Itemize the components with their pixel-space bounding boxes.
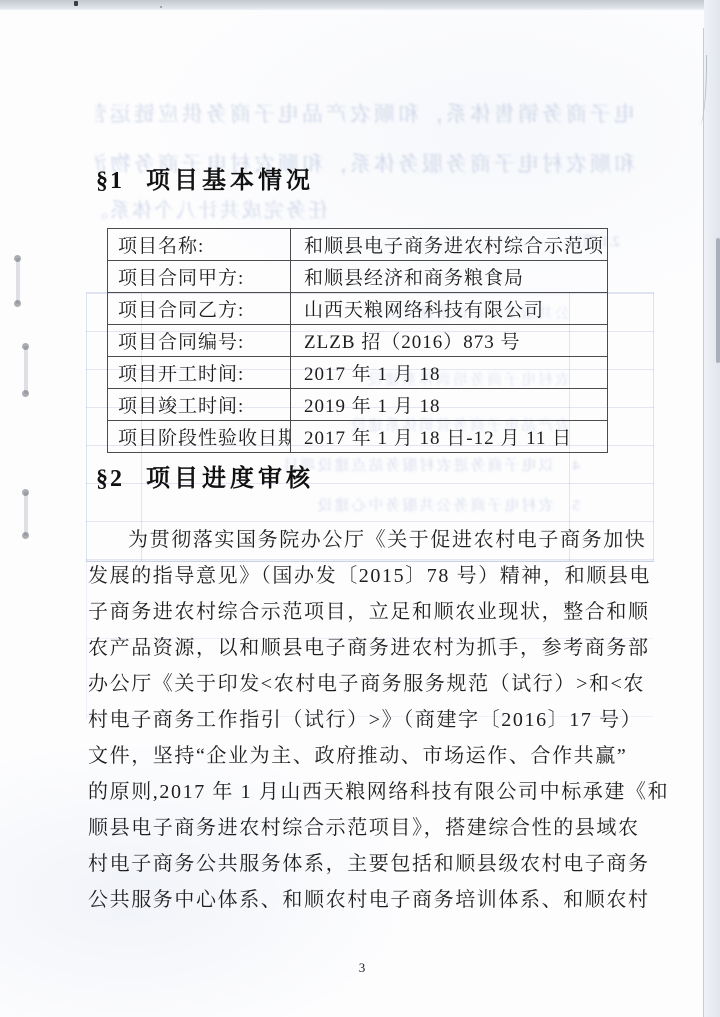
- row-label: 项目开工时间:: [108, 357, 291, 389]
- section-2-title: 项目进度审核: [146, 458, 314, 493]
- body-paragraph: 为贯彻落实国务院办公厅《关于促进农村电子商务加快 发展的指导意见》（国办发〔20…: [88, 522, 636, 918]
- paragraph-line: 公共服务中心体系、和顺农村电子商务培训体系、和顺农村: [88, 882, 636, 918]
- row-label: 项目合同编号:: [108, 325, 291, 357]
- bleedthrough-line: 5 农村电子商务公共服务中心建设: [150, 494, 580, 515]
- staple-mark: [24, 346, 28, 394]
- paragraph-line: 顺县电子商务进农村综合示范项目》，搭建综合性的县域农: [88, 810, 636, 846]
- section-2-heading: §2 项目进度审核: [96, 458, 314, 493]
- table-row: 项目合同甲方: 和顺县经济和商务粮食局: [108, 261, 608, 293]
- row-value: 2017 年 1 月 18 日-12 月 11 日: [291, 421, 608, 453]
- table-row: 项目名称: 和顺县电子商务进农村综合示范项目: [108, 229, 608, 261]
- row-value: 2019 年 1 月 18: [291, 389, 608, 421]
- row-label: 项目合同乙方:: [108, 293, 291, 325]
- section-2-marker: §2: [96, 466, 124, 493]
- table-row: 项目合同乙方: 山西天粮网络科技有限公司: [108, 293, 608, 325]
- paragraph-line: 文件，坚持“企业为主、政府推动、市场运作、合作共赢”: [88, 738, 636, 774]
- bleedthrough-line: 任务完成共计八个体系。: [98, 194, 328, 223]
- section-1-heading: §1 项目基本情况: [96, 160, 314, 195]
- scan-edge-dark-mark: [716, 238, 720, 363]
- table-row: 项目阶段性验收日期: 2017 年 1 月 18 日-12 月 11 日: [108, 421, 608, 453]
- document-page: 电子商务销售体系，和顺农产品电子商务供应链运营管理体系， 和顺农村电子商务服务体…: [0, 10, 704, 1017]
- staple-mark: [24, 492, 28, 536]
- scan-speck: [160, 6, 162, 8]
- table-row: 项目开工时间: 2017 年 1 月 18: [108, 357, 608, 389]
- table-row: 项目合同编号: ZLZB 招（2016）873 号: [108, 325, 608, 357]
- row-label: 项目合同甲方:: [108, 261, 291, 293]
- bleedthrough-line: 电子商务销售体系，和顺农产品电子商务供应链运营管理体系，: [95, 98, 635, 128]
- scan-edge-right: [704, 0, 720, 1017]
- paragraph-line: 发展的指导意见》（国办发〔2015〕78 号）精神，和顺县电: [88, 558, 636, 594]
- row-label: 项目阶段性验收日期:: [108, 421, 291, 453]
- scan-edge-line: [703, 28, 704, 1017]
- paragraph-line: 村电子商务工作指引（试行）>》（商建字〔2016〕17 号）: [88, 702, 636, 738]
- project-info-table: 项目名称: 和顺县电子商务进农村综合示范项目 项目合同甲方: 和顺县经济和商务粮…: [107, 228, 608, 453]
- table-row: 项目竣工时间: 2019 年 1 月 18: [108, 389, 608, 421]
- paragraph-line: 为贯彻落实国务院办公厅《关于促进农村电子商务加快: [88, 522, 636, 558]
- paragraph-line: 的原则,2017 年 1 月山西天粮网络科技有限公司中标承建《和: [88, 774, 636, 810]
- row-label: 项目竣工时间:: [108, 389, 291, 421]
- scan-speck: [74, 1, 78, 6]
- row-value: 和顺县经济和商务粮食局: [291, 261, 608, 293]
- paragraph-line: 村电子商务公共服务体系，主要包括和顺县级农村电子商务: [88, 846, 636, 882]
- section-1-title: 项目基本情况: [146, 160, 314, 195]
- row-label: 项目名称:: [108, 229, 291, 261]
- row-value: 和顺县电子商务进农村综合示范项目: [291, 229, 608, 261]
- paragraph-line: 农产品资源，以和顺县电子商务进农村为抓手，参考商务部: [88, 630, 636, 666]
- staple-mark: [16, 258, 20, 304]
- row-value: 2017 年 1 月 18: [291, 357, 608, 389]
- row-value: 山西天粮网络科技有限公司: [291, 293, 608, 325]
- paragraph-line: 办公厅《关于印发<农村电子商务服务规范（试行）>和<农: [88, 666, 636, 702]
- section-1-marker: §1: [96, 168, 124, 195]
- paragraph-line: 子商务进农村综合示范项目，立足和顺农业现状，整合和顺: [88, 594, 636, 630]
- row-value: ZLZB 招（2016）873 号: [291, 325, 608, 357]
- page-number: 3: [350, 960, 374, 976]
